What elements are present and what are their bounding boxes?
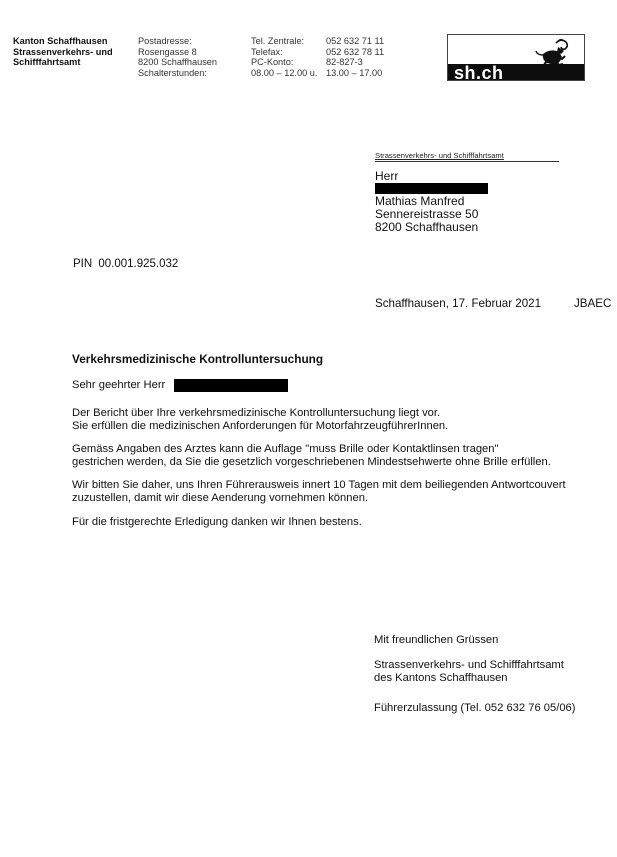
pin-value: 00.001.925.032 (98, 258, 178, 270)
return-sender-line: Strassenverkehrs- und Schifffahrtsamt (375, 151, 559, 162)
greeting-text: Sehr geehrter Herr (72, 379, 165, 391)
pin-label: PIN (73, 258, 92, 270)
paragraph-line: Wir bitten Sie daher, uns Ihren Führerau… (72, 479, 566, 492)
recipient-salutation: Herr (375, 170, 398, 184)
closing: Mit freundlichen Grüssen (374, 634, 498, 647)
postal-street: Rosengasse 8 (138, 47, 217, 58)
contact-labels: Tel. Zentrale: Telefax: PC-Konto: 08.00 … (251, 36, 317, 78)
place-date: Schaffhausen, 17. Februar 2021 (375, 297, 541, 310)
contact-label: Telefax: (251, 47, 317, 58)
contact-value: 052 632 71 11 (326, 36, 384, 47)
postal-label: Postadresse: (138, 36, 217, 47)
contact-value: 82-827-3 (326, 57, 384, 68)
paragraph-1: Der Bericht über Ihre verkehrsmedizinisc… (72, 407, 448, 432)
redacted-recipient-line (375, 183, 488, 194)
contact-label: 08.00 – 12.00 u. (251, 68, 317, 79)
reference-code: JBAEC (574, 297, 611, 310)
paragraph-line: Der Bericht über Ihre verkehrsmedizinisc… (72, 407, 448, 420)
letter-subject: Verkehrsmedizinische Kontrolluntersuchun… (72, 352, 323, 366)
paragraph-3: Wir bitten Sie daher, uns Ihren Führerau… (72, 479, 566, 504)
postal-address-block: Postadresse: Rosengasse 8 8200 Schaffhau… (138, 36, 217, 78)
organization-line: Strassenverkehrs- und (13, 47, 113, 58)
logo-bar: sh.ch (448, 64, 584, 80)
paragraph-line: Sie erfüllen die medizinischen Anforderu… (72, 420, 448, 433)
organization-line: Kanton Schaffhausen (13, 36, 113, 47)
contact-values: 052 632 71 11 052 632 78 11 82-827-3 13.… (326, 36, 384, 78)
pin-line: PIN 00.001.925.032 (73, 258, 178, 270)
contact-value: 052 632 78 11 (326, 47, 384, 58)
paragraph-line: zuzustellen, damit wir diese Aenderung v… (72, 492, 566, 505)
redacted-name (174, 379, 288, 392)
logo: sh.ch (447, 34, 585, 81)
signature-department: Führerzulassung (Tel. 052 632 76 05/06) (374, 702, 576, 715)
paragraph-line: Für die fristgerechte Erledigung danken … (72, 516, 362, 529)
office-line: des Kantons Schaffhausen (374, 672, 564, 685)
organization-block: Kanton Schaffhausen Strassenverkehrs- un… (13, 36, 113, 68)
greeting: Sehr geehrter Herr (72, 379, 165, 392)
signature-office: Strassenverkehrs- und Schifffahrtsamt de… (374, 659, 564, 685)
office-line: Strassenverkehrs- und Schifffahrtsamt (374, 659, 564, 672)
logo-text: sh.ch (454, 64, 504, 82)
postal-city: 8200 Schaffhausen (138, 57, 217, 68)
recipient-city: 8200 Schaffhausen (375, 221, 478, 235)
contact-label: PC-Konto: (251, 57, 317, 68)
office-hours-label: Schalterstunden: (138, 68, 217, 79)
organization-line: Schifffahrtsamt (13, 57, 113, 68)
paragraph-4: Für die fristgerechte Erledigung danken … (72, 516, 362, 529)
contact-label: Tel. Zentrale: (251, 36, 317, 47)
paragraph-line: Gemäss Angaben des Arztes kann die Aufla… (72, 443, 551, 456)
paragraph-2: Gemäss Angaben des Arztes kann die Aufla… (72, 443, 551, 468)
contact-value: 13.00 – 17.00 (326, 68, 384, 79)
paragraph-line: gestrichen werden, da Sie die gesetzlich… (72, 456, 551, 469)
